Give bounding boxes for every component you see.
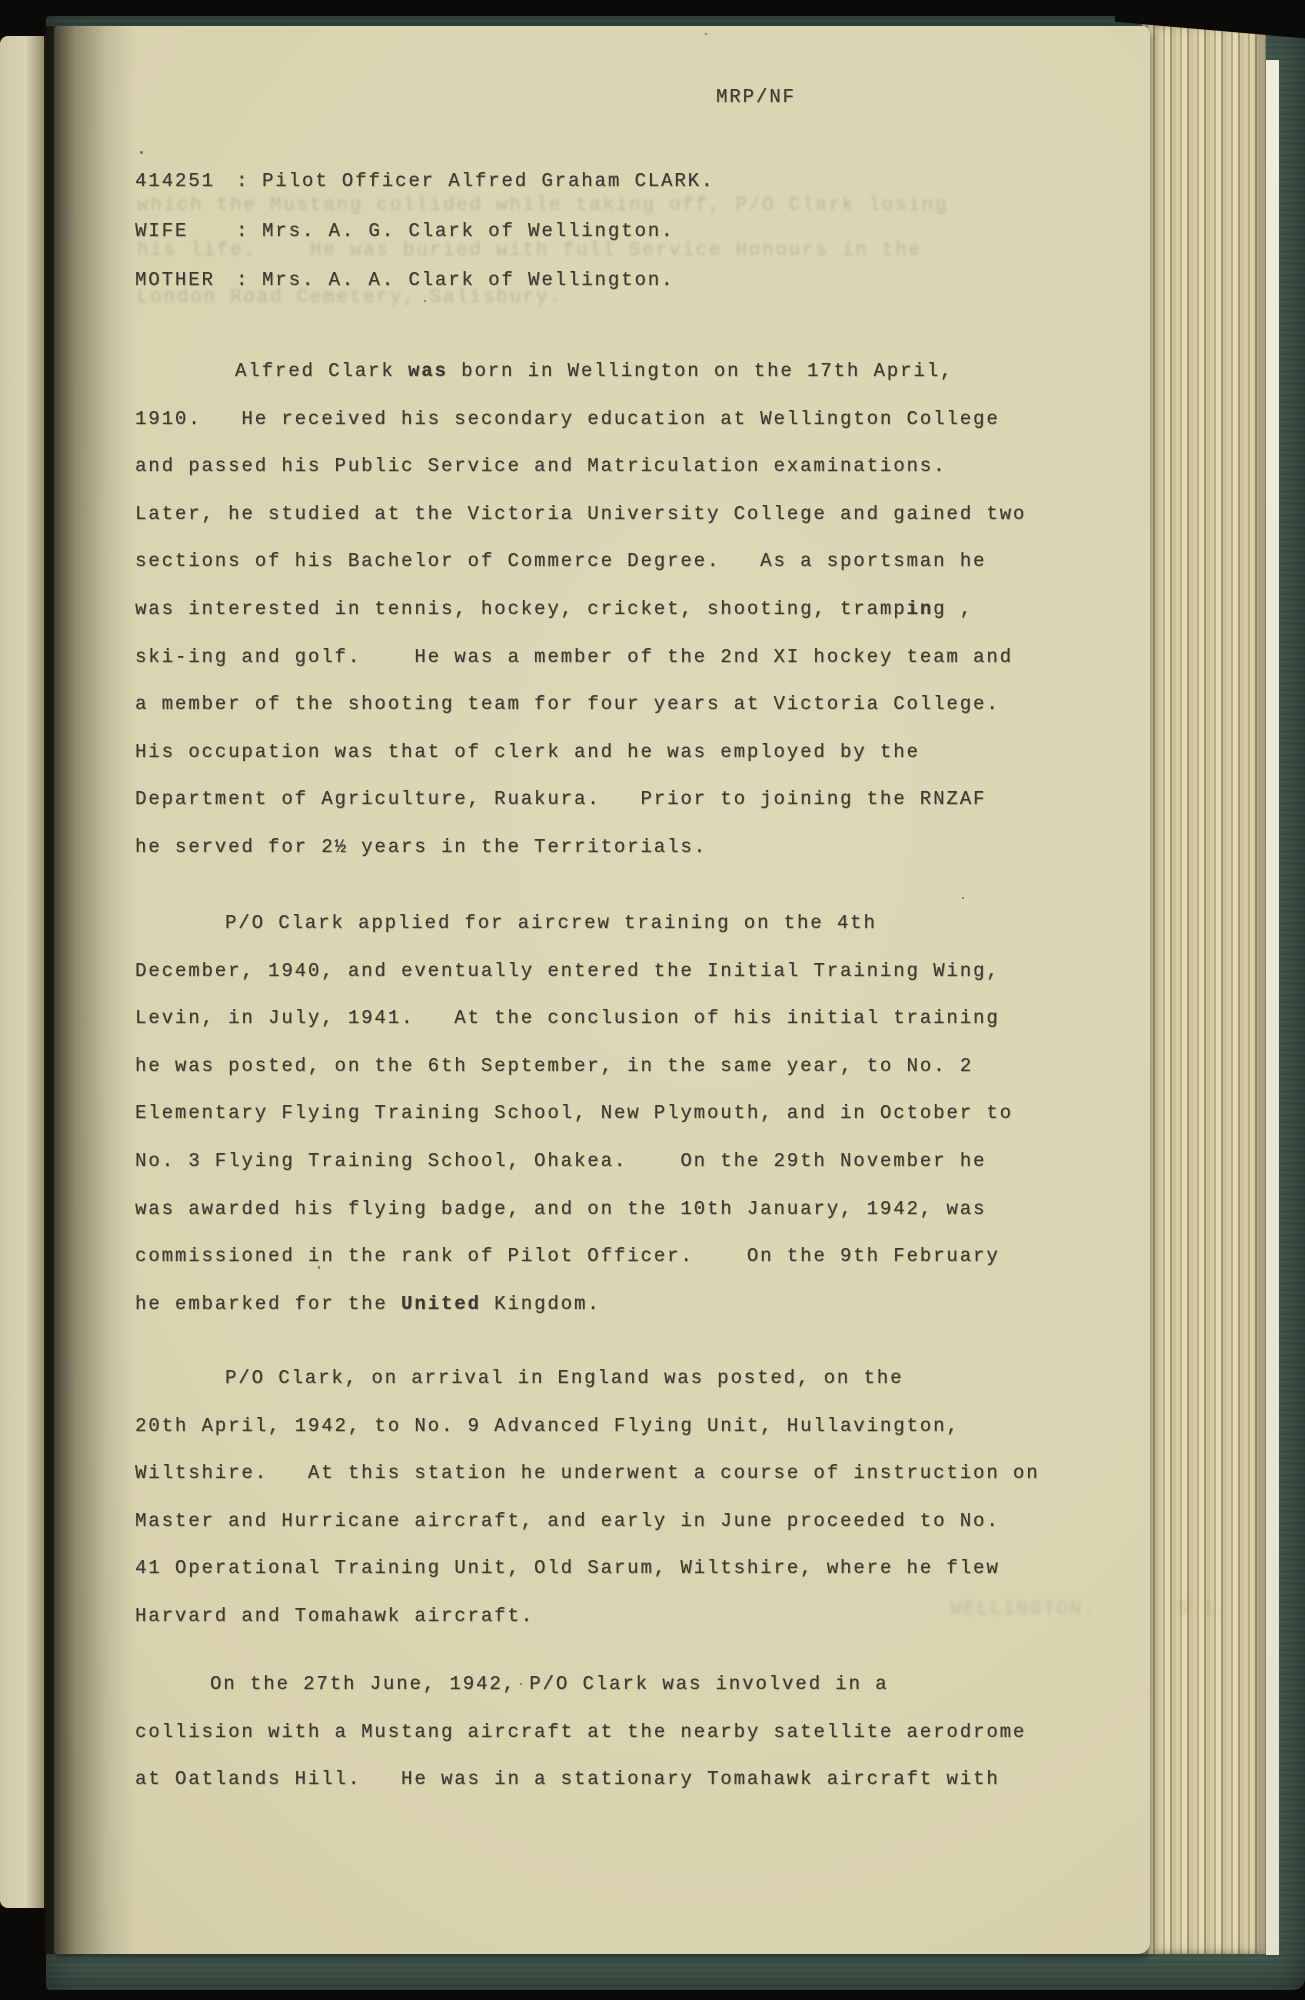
mother-label: MOTHER <box>135 256 236 306</box>
paragraph-training-england: P/O Clark, on arrival in England was pos… <box>135 1355 1040 1641</box>
paper-speck <box>318 1266 320 1269</box>
text-line: 1910. He received his secondary educatio… <box>135 396 1026 444</box>
mother-name: Mrs. A. A. Clark of Wellington. <box>262 256 674 306</box>
text-line: at Oatlands Hill. He was in a stationary… <box>135 1756 1026 1804</box>
text-line: he embarked for the United Kingdom. <box>135 1281 1013 1329</box>
text-line: P/O Clark, on arrival in England was pos… <box>135 1355 1040 1403</box>
paper-speck <box>424 300 426 302</box>
book-scan: MRP/NF which the Mustang collided while … <box>0 0 1305 2000</box>
text-line: December, 1940, and eventually entered t… <box>135 948 1013 996</box>
text-line: was awarded his flying badge, and on the… <box>135 1186 1013 1234</box>
paper-speck <box>962 897 964 899</box>
paragraph-training-nz: P/O Clark applied for aircrew training o… <box>135 900 1013 1328</box>
text-line: commissioned in the rank of Pilot Office… <box>135 1233 1013 1281</box>
text-line: 41 Operational Training Unit, Old Sarum,… <box>135 1545 1040 1593</box>
paper-speck <box>520 1683 522 1685</box>
paragraph-collision: On the 27th June, 1942, P/O Clark was in… <box>135 1661 1026 1804</box>
paper-speck <box>705 33 707 35</box>
separator-colon: : <box>236 256 262 306</box>
service-number: 414251 <box>135 157 236 207</box>
text-line: Levin, in July, 1941. At the conclusion … <box>135 995 1013 1043</box>
text-line: Alfred Clark was born in Wellington on t… <box>135 348 1026 396</box>
text-line: Elementary Flying Training School, New P… <box>135 1090 1013 1138</box>
text-line: he was posted, on the 6th September, in … <box>135 1043 1013 1091</box>
text-line: P/O Clark applied for aircrew training o… <box>135 900 1013 948</box>
text-line: His occupation was that of clerk and he … <box>135 729 1026 777</box>
page-content: MRP/NF which the Mustang collided while … <box>0 0 1305 2000</box>
text-line: On the 27th June, 1942, P/O Clark was in… <box>135 1661 1026 1709</box>
text-line: Wiltshire. At this station he underwent … <box>135 1450 1040 1498</box>
text-line: Later, he studied at the Victoria Univer… <box>135 491 1026 539</box>
text-line: Harvard and Tomahawk aircraft. <box>135 1593 1040 1641</box>
text-line: he served for 2½ years in the Territoria… <box>135 824 1026 872</box>
reference-code: MRP/NF <box>716 88 796 107</box>
separator-colon: : <box>236 207 262 257</box>
text-line: a member of the shooting team for four y… <box>135 681 1026 729</box>
text-line: was interested in tennis, hockey, cricke… <box>135 586 1026 634</box>
text-line: 20th April, 1942, to No. 9 Advanced Flyi… <box>135 1403 1040 1451</box>
text-line: collision with a Mustang aircraft at the… <box>135 1709 1026 1757</box>
wife-row: WIFE : Mrs. A. G. Clark of Wellington. <box>135 207 714 257</box>
paper-speck <box>140 151 143 154</box>
service-number-row: 414251 : Pilot Officer Alfred Graham CLA… <box>135 157 714 207</box>
text-line: Master and Hurricane aircraft, and early… <box>135 1498 1040 1546</box>
paragraph-biography: Alfred Clark was born in Wellington on t… <box>135 348 1026 872</box>
wife-name: Mrs. A. G. Clark of Wellington. <box>262 207 674 257</box>
separator-colon: : <box>236 157 262 207</box>
text-line: No. 3 Flying Training School, Ohakea. On… <box>135 1138 1013 1186</box>
mother-row: MOTHER : Mrs. A. A. Clark of Wellington. <box>135 256 714 306</box>
text-line: sections of his Bachelor of Commerce Deg… <box>135 538 1026 586</box>
text-line: Department of Agriculture, Ruakura. Prio… <box>135 776 1026 824</box>
text-line: ski-ing and golf. He was a member of the… <box>135 634 1026 682</box>
service-record-header: 414251 : Pilot Officer Alfred Graham CLA… <box>135 157 714 306</box>
wife-label: WIFE <box>135 207 236 257</box>
text-line: and passed his Public Service and Matric… <box>135 443 1026 491</box>
officer-name: Pilot Officer Alfred Graham CLARK. <box>262 157 714 207</box>
